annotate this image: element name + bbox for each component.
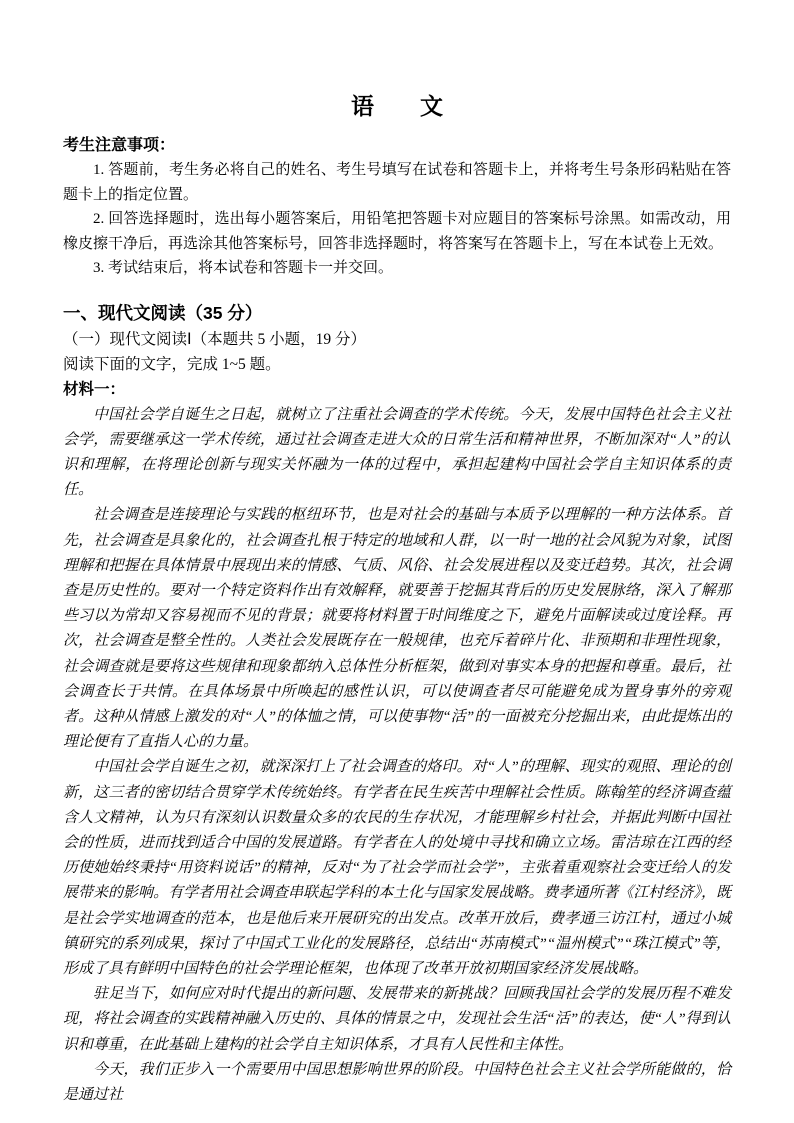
material-paragraph-4: 驻足当下，如何应对时代提出的新问题、发展带来的新挑战？回顾我国社会学的发展历程不… (63, 982, 731, 1058)
section-subheading: （一）现代文阅读Ⅰ（本题共 5 小题，19 分） (63, 327, 731, 352)
material-one-label: 材料一： (63, 377, 731, 402)
notice-item-3: 3. 考试结束后，将本试卷和答题卡一并交回。 (63, 256, 731, 281)
material-paragraph-5: 今天，我们正步入一个需要用中国思想影响世界的阶段。中国特色社会主义社会学所能做的… (63, 1058, 731, 1108)
exam-paper-page: 语 文 考生注意事项： 1. 答题前，考生务必将自己的姓名、考生号填写在试卷和答… (0, 0, 794, 1123)
section-heading: 一、现代文阅读（35 分） (63, 299, 731, 327)
material-paragraph-3: 中国社会学自诞生之初，就深深打上了社会调查的烙印。对“人”的理解、现实的观照、理… (63, 755, 731, 982)
material-paragraph-2: 社会调查是连接理论与实践的枢纽环节，也是对社会的基础与本质予以理解的一种方法体系… (63, 503, 731, 755)
material-paragraph-1: 中国社会学自诞生之日起，就树立了注重社会调查的学术传统。今天，发展中国特色社会主… (63, 403, 731, 504)
section-one: 一、现代文阅读（35 分） （一）现代文阅读Ⅰ（本题共 5 小题，19 分） 阅… (63, 299, 731, 1108)
notice-heading: 考生注意事项： (63, 133, 731, 158)
notice-item-1: 1. 答题前，考生务必将自己的姓名、考生号填写在试卷和答题卡上，并将考生号条形码… (63, 158, 731, 207)
page-title: 语 文 (63, 94, 731, 120)
notice-item-2: 2. 回答选择题时，选出每小题答案后，用铅笔把答题卡对应题目的答案标号涂黑。如需… (63, 207, 731, 256)
notice-section: 考生注意事项： 1. 答题前，考生务必将自己的姓名、考生号填写在试卷和答题卡上，… (63, 133, 731, 281)
reading-instruction: 阅读下面的文字，完成 1~5 题。 (63, 352, 731, 377)
